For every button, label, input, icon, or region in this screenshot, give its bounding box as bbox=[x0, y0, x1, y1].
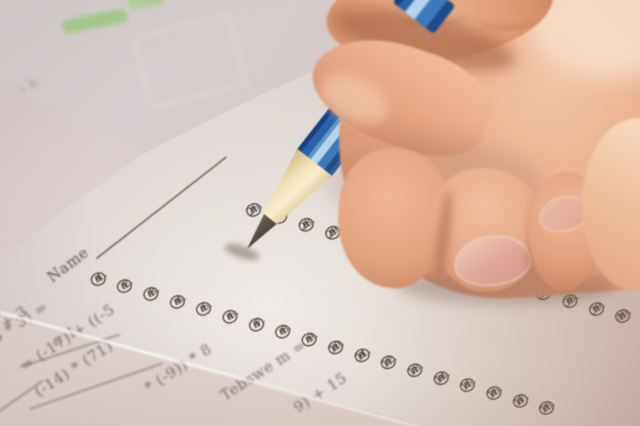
hand bbox=[0, 0, 640, 426]
knuckle-crease bbox=[476, 6, 538, 29]
photo-exam-answer-sheet: f = k(-8)) = 1(1) = + 3(5 * 3) == 1= (-1… bbox=[0, 0, 640, 426]
